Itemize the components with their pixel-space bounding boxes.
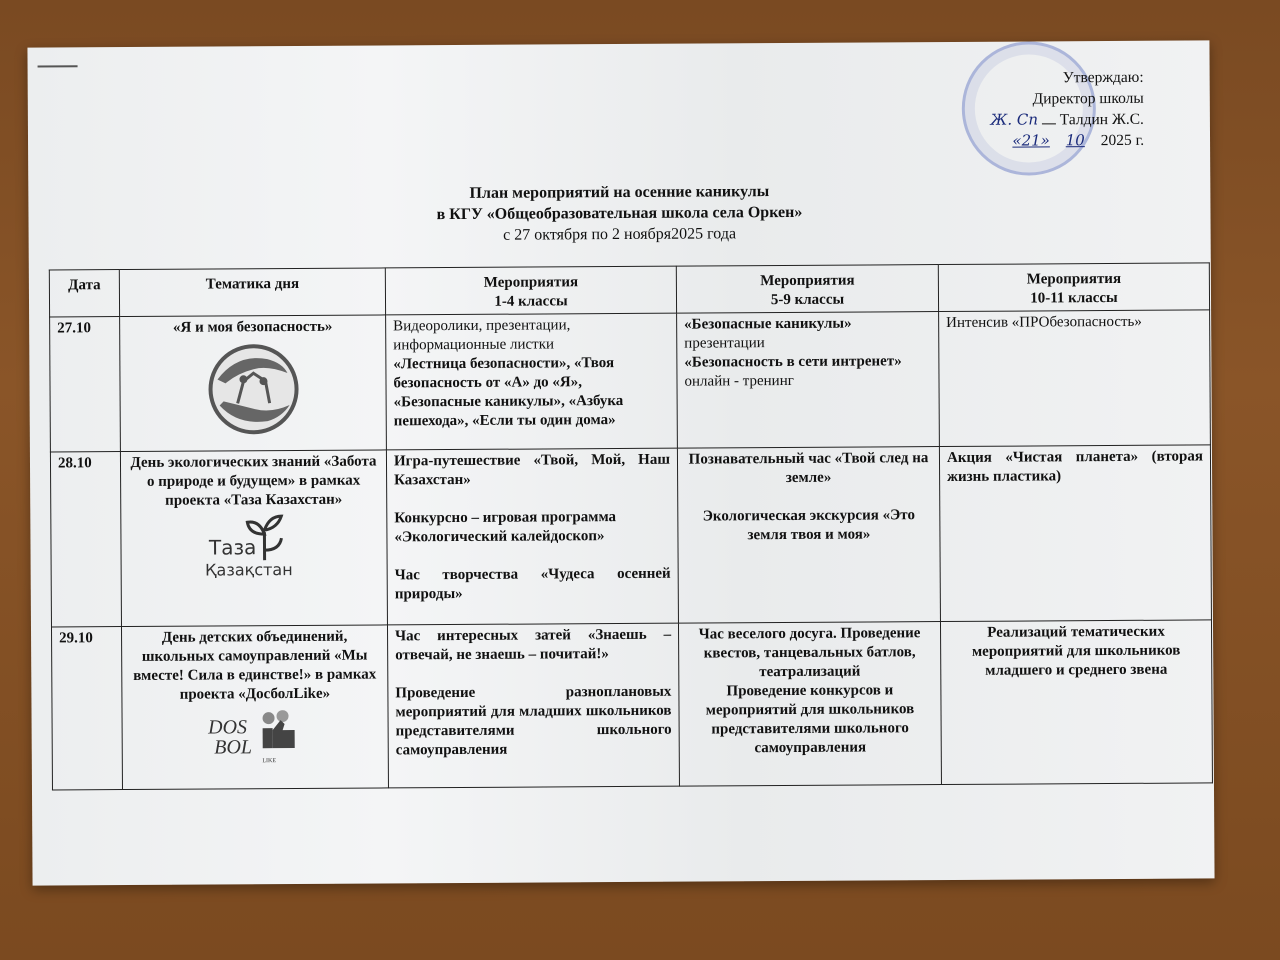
event-title: «Безопасные каникулы»: [684, 314, 931, 335]
corner-mark: [38, 65, 78, 67]
logo-text: BOL: [214, 738, 252, 757]
row-events-10-11: Интенсив «ПРОбезопасность»: [939, 310, 1211, 447]
event-item: Конкурсно – игровая программа «Экологиче…: [394, 508, 670, 548]
theme-text: «Я и моя безопасность»: [127, 317, 378, 338]
row-theme: День детских объединений, школьных самоу…: [121, 625, 388, 790]
event-list: «Лестница безопасности», «Твоя безопасно…: [393, 354, 669, 432]
event-item: Игра-путешествие «Твой, Мой, Наш Казахст…: [394, 451, 670, 491]
event-item: Экологическая экскурсия «Это земля твоя …: [685, 506, 932, 546]
events-table: Дата Тематика дня Мероприятия 1-4 классы…: [49, 262, 1213, 790]
logo-text: Қазақстан: [205, 560, 293, 580]
event-item: Час интересных затей «Знаешь – отвечай, …: [395, 626, 671, 666]
approval-month: 10: [1054, 131, 1097, 149]
logo-text: DOS: [208, 718, 247, 737]
header-label: Мероприятия: [684, 271, 931, 292]
event-intro: Видеоролики, презентации, информационные…: [393, 316, 669, 356]
approval-position: Директор школы: [990, 88, 1144, 110]
header-grades: 10-11 классы: [946, 288, 1202, 309]
event-item: Познавательный час «Твой след на земле»: [685, 449, 932, 489]
approval-day: «21»: [1012, 131, 1050, 149]
logo-text: Таза: [209, 538, 256, 557]
header-grades-10-11: Мероприятия 10-11 классы: [938, 263, 1209, 312]
row-events-1-4: Час интересных затей «Знаешь – отвечай, …: [387, 623, 679, 788]
header-grades: 5-9 классы: [684, 290, 931, 311]
approval-signature-line: Ж. Сп Талдин Ж.С.: [990, 109, 1144, 131]
safety-hands-icon: [207, 343, 300, 436]
event-type: презентации: [684, 333, 931, 354]
header-theme: Тематика дня: [119, 268, 385, 317]
event-item: Проведение конкурсов и мероприятий для ш…: [686, 681, 933, 759]
row-events-10-11: Реализаций тематических мероприятий для …: [940, 620, 1212, 785]
document-title: План мероприятий на осенние каникулы в К…: [28, 178, 1210, 248]
row-events-10-11: Акция «Чистая планета» (вторая жизнь пла…: [939, 445, 1211, 622]
logo-text: LIKE: [262, 752, 276, 771]
signature: Ж. Сп: [990, 110, 1038, 128]
row-events-5-9: Познавательный час «Твой след на земле» …: [677, 447, 940, 624]
thumbs-up-icon: [258, 710, 298, 750]
theme-text: День экологических знаний «Забота о прир…: [128, 452, 379, 511]
row-date: 29.10: [51, 627, 122, 790]
row-theme: «Я и моя безопасность»: [120, 315, 387, 452]
approval-date: «21» 10 2025 г.: [991, 130, 1145, 152]
row-events-5-9: «Безопасные каникулы» презентации «Безоп…: [677, 312, 940, 449]
approval-year: 2025 г.: [1101, 132, 1144, 149]
event-item: Проведение разноплановых мероприятий для…: [395, 683, 671, 761]
table-row: 28.10 День экологических знаний «Забота …: [50, 445, 1211, 627]
taza-kazakhstan-logo: Таза Қазақстан: [199, 516, 309, 587]
row-events-1-4: Видеоролики, презентации, информационные…: [386, 313, 678, 450]
event-type: онлайн - тренинг: [684, 371, 931, 392]
event-item: Час творчества «Чудеса осенней природы»: [395, 565, 671, 605]
approval-block: Утверждаю: Директор школы Ж. Сп Талдин Ж…: [990, 67, 1144, 152]
row-date: 27.10: [50, 317, 121, 452]
header-grades: 1-4 классы: [393, 292, 669, 313]
header-date: Дата: [49, 270, 119, 317]
theme-text: День детских объединений, школьных самоу…: [129, 627, 380, 705]
table-header-row: Дата Тематика дня Мероприятия 1-4 классы…: [49, 263, 1209, 317]
table-row: 27.10 «Я и моя безопасность» Видеоролики…: [50, 310, 1211, 452]
dosbol-like-logo: DOS BOL LIKE: [200, 708, 310, 767]
director-name: Талдин Ж.С.: [1060, 111, 1144, 129]
row-theme: День экологических знаний «Забота о прир…: [120, 450, 387, 627]
row-events-5-9: Час веселого досуга. Проведение квестов,…: [678, 622, 941, 787]
header-label: Мероприятия: [946, 269, 1202, 290]
header-label: Мероприятия: [393, 273, 669, 294]
approval-label: Утверждаю:: [990, 67, 1144, 89]
header-grades-1-4: Мероприятия 1-4 классы: [385, 266, 676, 315]
event-item: Час веселого досуга. Проведение квестов,…: [686, 624, 933, 683]
row-events-1-4: Игра-путешествие «Твой, Мой, Наш Казахст…: [386, 448, 678, 625]
document-page: Утверждаю: Директор школы Ж. Сп Талдин Ж…: [27, 40, 1214, 885]
row-date: 28.10: [50, 452, 121, 627]
table-row: 29.10 День детских объединений, школьных…: [51, 620, 1212, 790]
header-grades-5-9: Мероприятия 5-9 классы: [676, 265, 938, 314]
event-title: «Безопасность в сети интренет»: [684, 352, 931, 373]
